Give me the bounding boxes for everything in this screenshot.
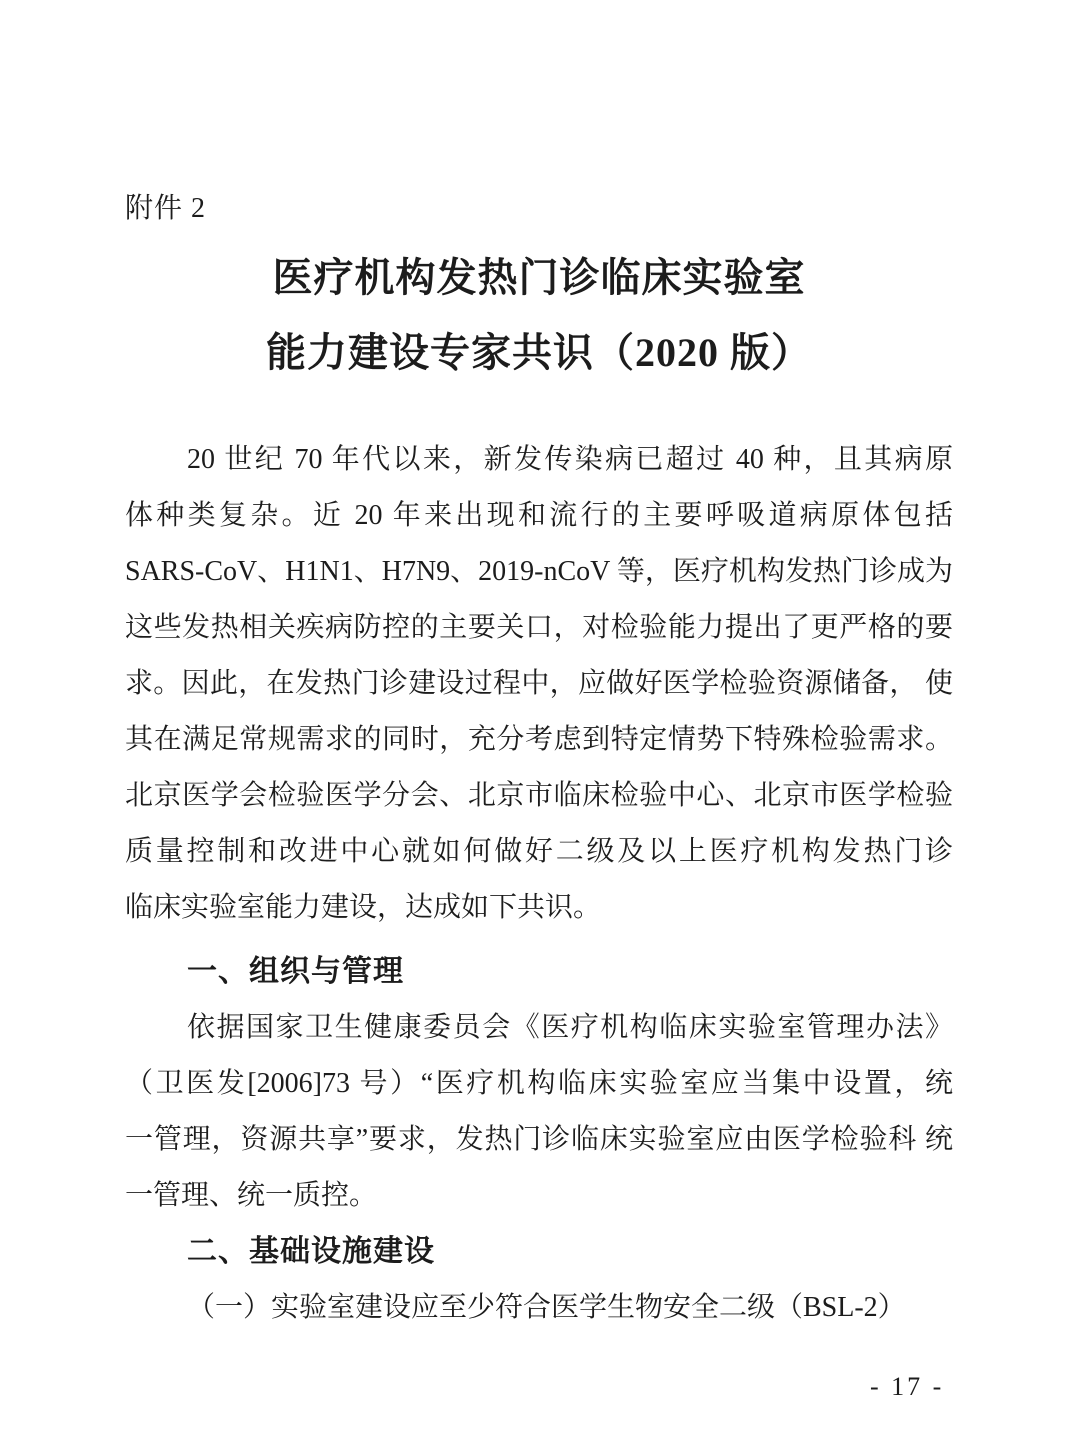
paragraph-line: 北京医学会检验医学分会、北京市临床检验中心、北京市医学检验: [125, 768, 953, 824]
paragraph-line: 一管理、统一质控。: [125, 1168, 953, 1224]
paragraph-line: 依据国家卫生健康委员会《医疗机构临床实验室管理办法》: [125, 1000, 953, 1056]
section-heading-1: 一、组织与管理: [125, 944, 953, 1000]
attachment-label: 附件 2: [125, 192, 953, 226]
paragraph-line: 这些发热相关疾病防控的主要关口，对检验能力提出了更严格的要: [125, 600, 953, 656]
paragraph-line: SARS-CoV、H1N1、H7N9、2019-nCoV 等，医疗机构发热门诊成…: [125, 544, 953, 600]
paragraph-line: 其在满足常规需求的同时，充分考虑到特定情势下特殊检验需求。: [125, 712, 953, 768]
document-content: 附件 2 医疗机构发热门诊临床实验室 能力建设专家共识（2020 版） 20 世…: [0, 192, 1080, 1336]
paragraph-line: 求。因此，在发热门诊建设过程中，应做好医学检验资源储备， 使: [125, 656, 953, 712]
paragraph-line: 20 世纪 70 年代以来，新发传染病已超过 40 种，且其病原: [125, 432, 953, 488]
paragraph-line: （卫医发[2006]73 号）“医疗机构临床实验室应当集中设置，统: [125, 1056, 953, 1112]
paragraph-line: 一管理，资源共享”要求，发热门诊临床实验室应由医学检验科 统: [125, 1112, 953, 1168]
section-heading-2: 二、基础设施建设: [125, 1224, 953, 1280]
paragraph-line: 临床实验室能力建设，达成如下共识。: [125, 880, 953, 936]
paragraph-line: 体种类复杂。近 20 年来出现和流行的主要呼吸道病原体包括: [125, 488, 953, 544]
paragraph-1: 20 世纪 70 年代以来，新发传染病已超过 40 种，且其病原 体种类复杂。近…: [125, 432, 953, 936]
document-page: 附件 2 医疗机构发热门诊临床实验室 能力建设专家共识（2020 版） 20 世…: [0, 0, 1080, 1445]
paragraph-3: （一）实验室建设应至少符合医学生物安全二级（BSL-2）: [125, 1280, 953, 1336]
document-title-line1: 医疗机构发热门诊临床实验室: [125, 253, 953, 303]
paragraph-line: （一）实验室建设应至少符合医学生物安全二级（BSL-2）: [125, 1280, 953, 1336]
document-title-line2: 能力建设专家共识（2020 版）: [125, 328, 953, 378]
page-number: - 17 -: [870, 1372, 944, 1402]
paragraph-2: 依据国家卫生健康委员会《医疗机构临床实验室管理办法》 （卫医发[2006]73 …: [125, 1000, 953, 1224]
paragraph-line: 质量控制和改进中心就如何做好二级及以上医疗机构发热门诊: [125, 824, 953, 880]
